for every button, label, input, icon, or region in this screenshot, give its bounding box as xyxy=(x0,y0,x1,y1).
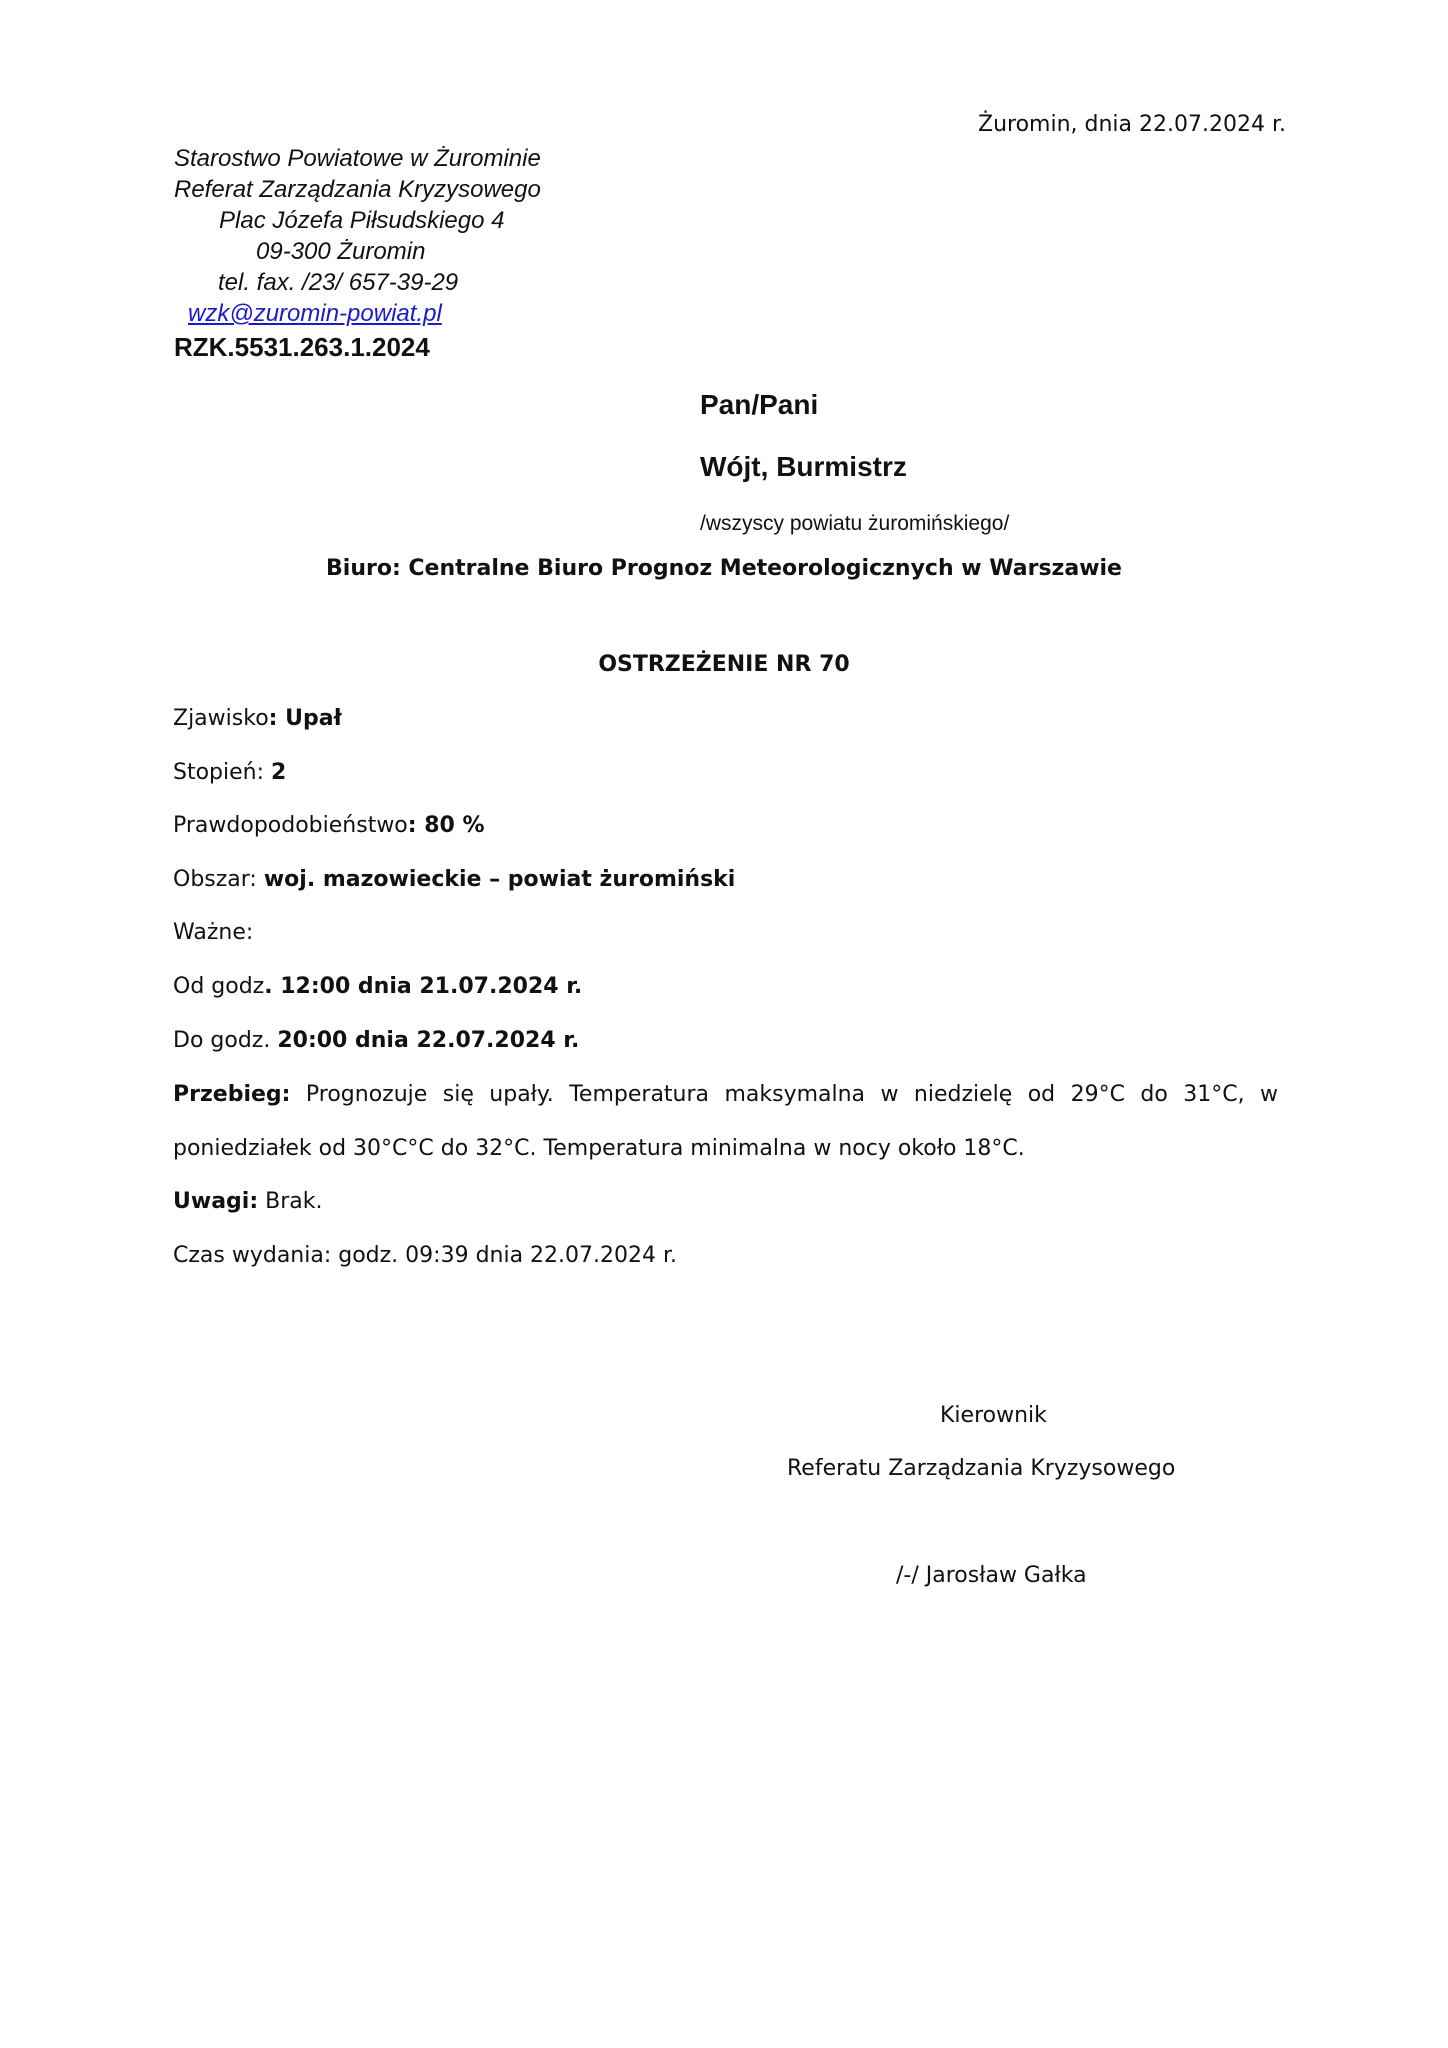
field-phenomenon: Zjawisko: Upał xyxy=(173,706,342,731)
sender-institution: Starostwo Powiatowe w Żurominie xyxy=(174,143,541,174)
reference-number: RZK.5531.263.1.2024 xyxy=(174,332,430,363)
field-issued: Czas wydania: godz. 09:39 dnia 22.07.202… xyxy=(173,1243,677,1268)
field-course: Przebieg: Prognozuje się upały. Temperat… xyxy=(173,1082,1278,1107)
field-probability: Prawdopodobieństwo: 80 % xyxy=(173,813,485,838)
sender-department: Referat Zarządzania Kryzysowego xyxy=(174,174,541,205)
field-value: 20:00 dnia 22.07.2024 r. xyxy=(277,1028,579,1053)
addressee-scope: /wszyscy powiatu żuromińskiego/ xyxy=(700,512,1009,536)
addressee-salutation: Pan/Pani xyxy=(700,389,818,421)
field-area: Obszar: woj. mazowieckie – powiat żuromi… xyxy=(173,867,735,892)
field-label: Uwagi: xyxy=(173,1189,258,1214)
field-label: Prawdopodobieństwo xyxy=(173,813,408,838)
field-value: : Upał xyxy=(269,706,342,731)
field-valid-to: Do godz. 20:00 dnia 22.07.2024 r. xyxy=(173,1028,579,1053)
field-label: Zjawisko xyxy=(173,706,269,731)
sender-postal: 09-300 Żuromin xyxy=(256,236,425,267)
place-date: Żuromin, dnia 22.07.2024 r. xyxy=(978,112,1286,137)
field-value: . 12:00 dnia 21.07.2024 r. xyxy=(264,974,582,999)
addressee-title: Wójt, Burmistrz xyxy=(700,451,907,483)
field-label: Od godz xyxy=(173,974,264,999)
field-value: : 80 % xyxy=(408,813,485,838)
signature-role: Kierownik xyxy=(940,1403,1047,1428)
field-remarks: Uwagi: Brak. xyxy=(173,1189,322,1214)
field-label: Do godz. xyxy=(173,1028,277,1053)
signature-unit: Referatu Zarządzania Kryzysowego xyxy=(787,1456,1175,1481)
sender-street: Plac Józefa Piłsudskiego 4 xyxy=(219,205,505,236)
field-value: 2 xyxy=(271,760,286,785)
field-value: Brak. xyxy=(258,1189,322,1214)
field-degree: Stopień: 2 xyxy=(173,760,286,785)
sender-phone: tel. fax. /23/ 657-39-29 xyxy=(218,267,458,298)
field-value: woj. mazowieckie – powiat żuromiński xyxy=(264,867,736,892)
signature-name: /-/ Jarosław Gałka xyxy=(896,1563,1087,1588)
field-label: Stopień: xyxy=(173,760,271,785)
field-valid-label: Ważne: xyxy=(173,920,253,945)
field-course-cont: poniedziałek od 30°C°C do 32°C. Temperat… xyxy=(173,1136,1025,1161)
sender-email-link[interactable]: wzk@zuromin-powiat.pl xyxy=(188,298,442,329)
field-label: Obszar: xyxy=(173,867,264,892)
field-valid-from: Od godz. 12:00 dnia 21.07.2024 r. xyxy=(173,974,582,999)
field-value: Prognozuje się upały. Temperatura maksym… xyxy=(290,1082,1278,1107)
field-label: Przebieg: xyxy=(173,1082,290,1107)
bureau-line: Biuro: Centralne Biuro Prognoz Meteorolo… xyxy=(0,556,1448,581)
warning-title: OSTRZEŻENIE NR 70 xyxy=(0,652,1448,677)
